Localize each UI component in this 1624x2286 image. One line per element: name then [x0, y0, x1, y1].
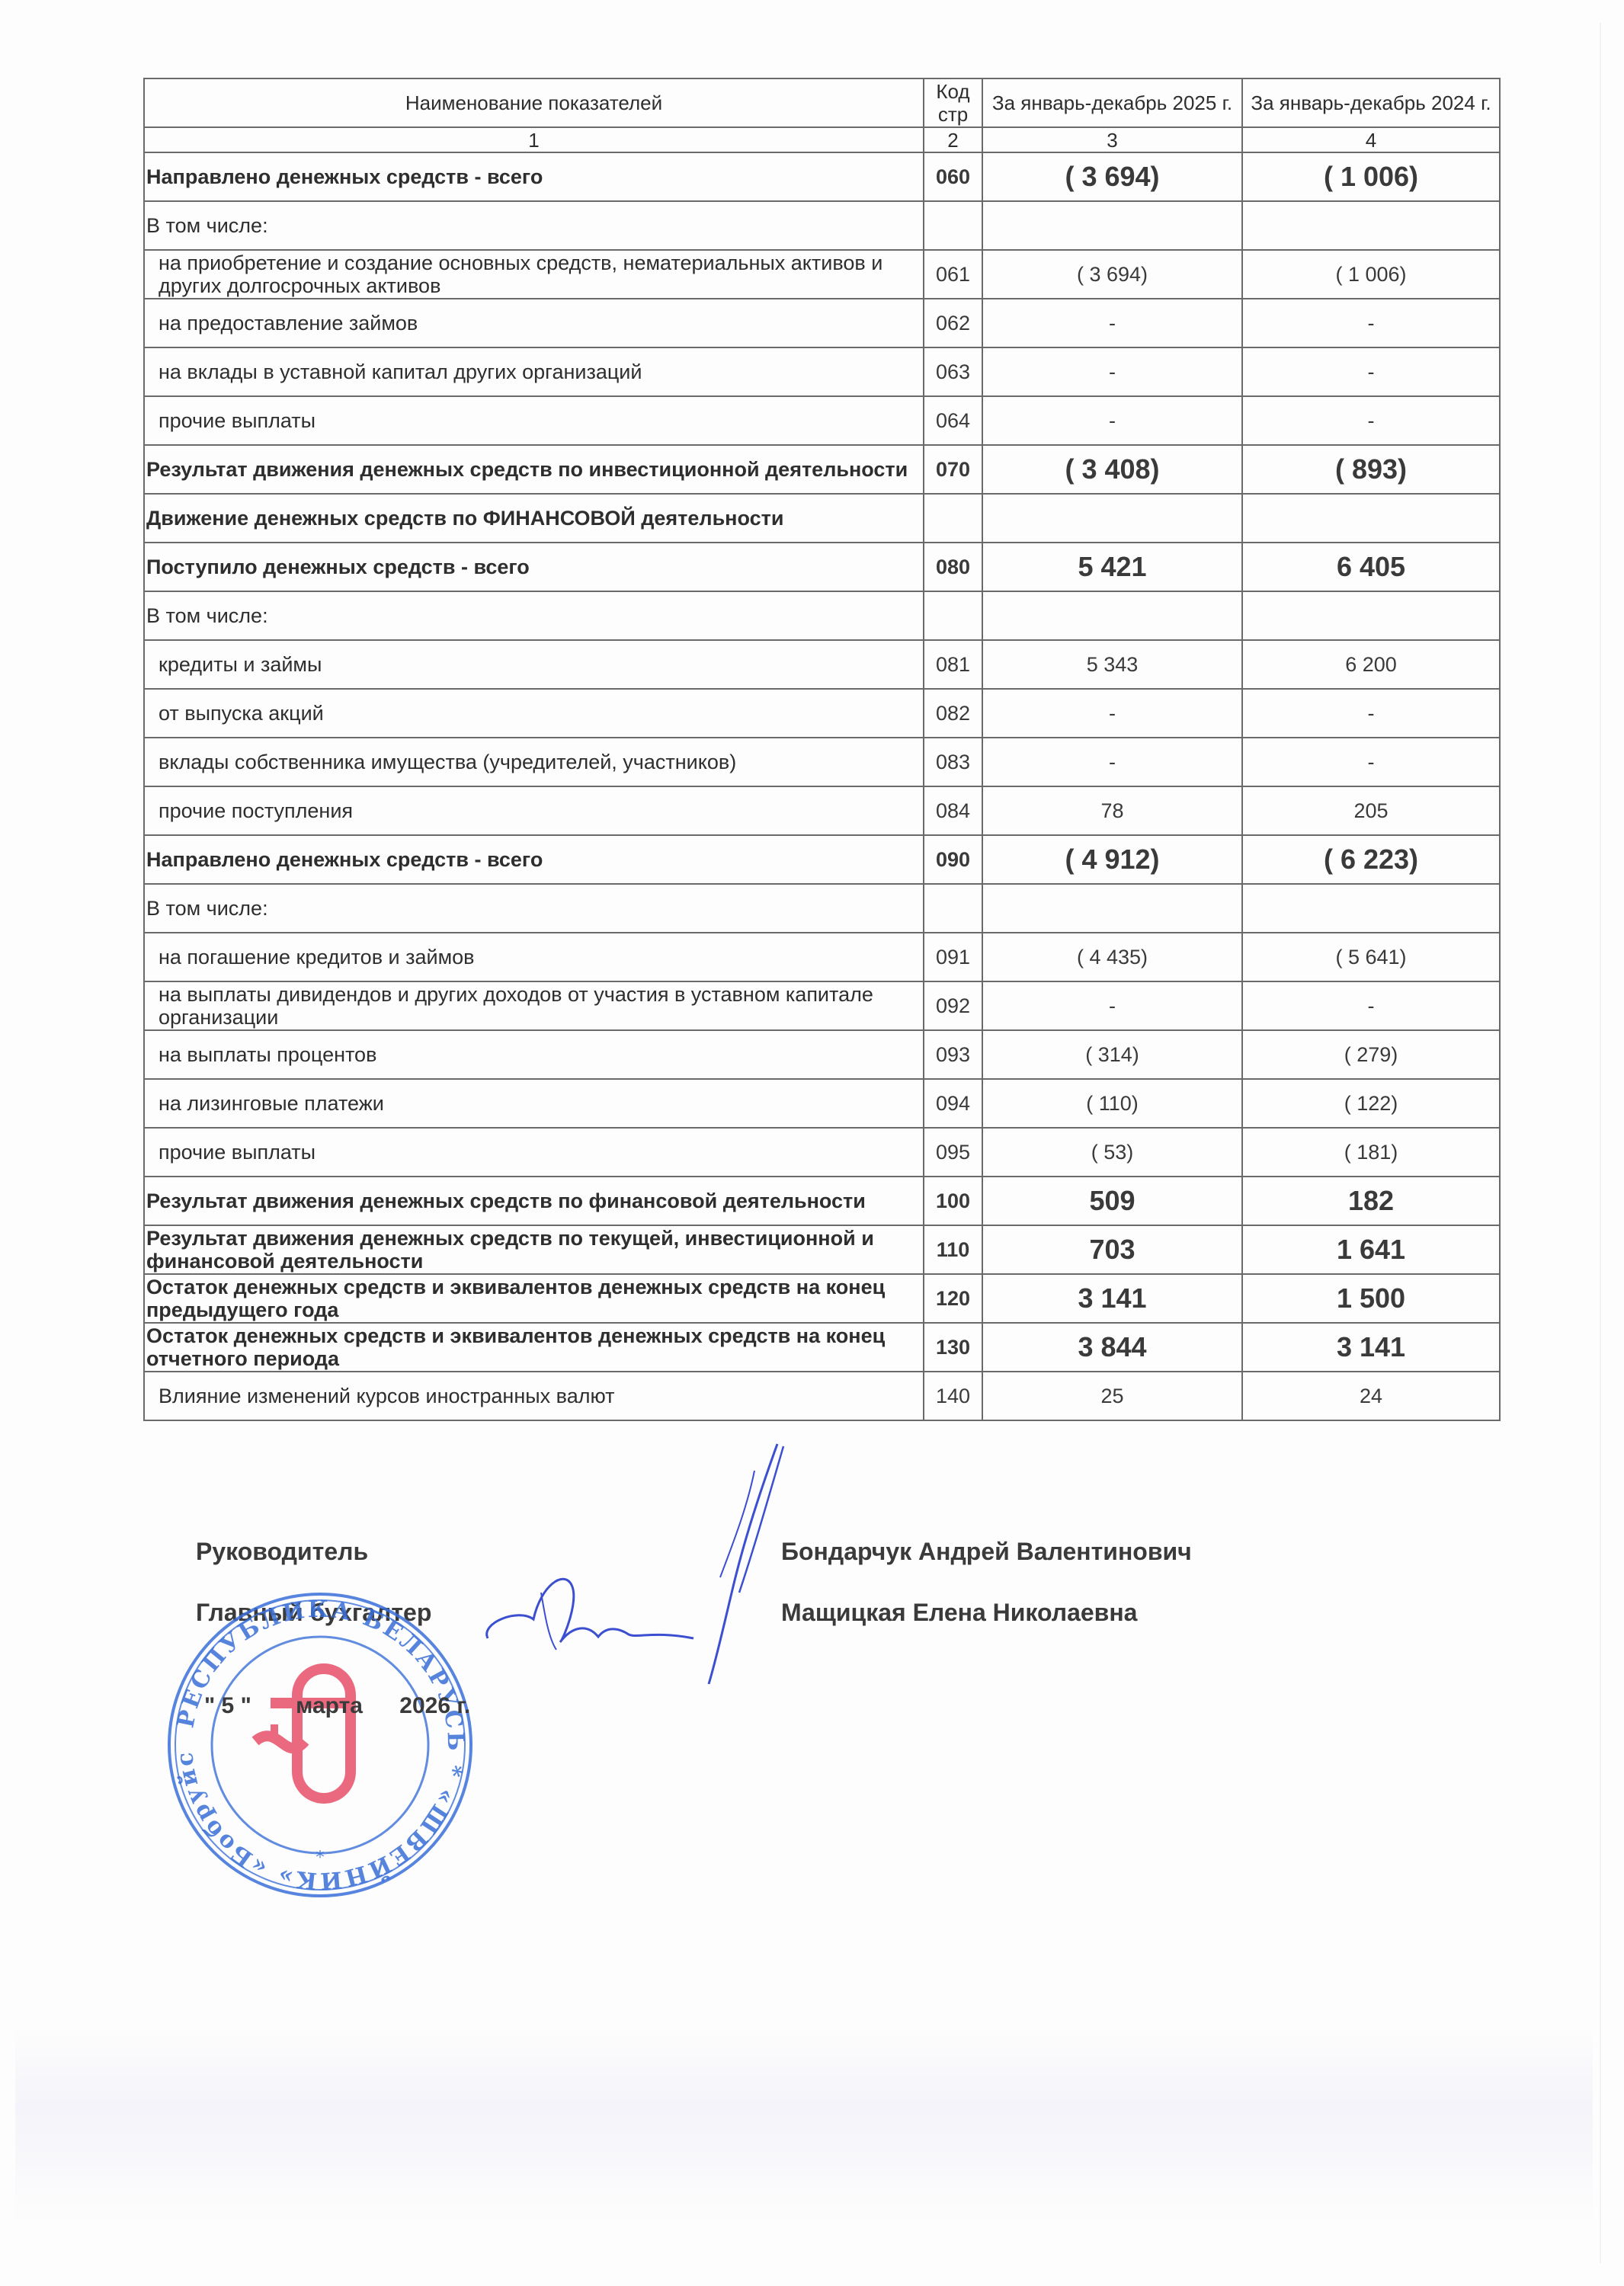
row-value-2025: 509	[982, 1177, 1242, 1225]
row-name: Поступило денежных средств - всего	[144, 543, 924, 591]
row-name: Остаток денежных средств и эквивалентов …	[144, 1323, 924, 1372]
row-value-2025: 3 844	[982, 1323, 1242, 1372]
row-value-2024: -	[1242, 347, 1500, 396]
row-value-2024: 205	[1242, 786, 1500, 835]
row-value-2025	[982, 591, 1242, 640]
row-code: 063	[924, 347, 982, 396]
row-code: 094	[924, 1079, 982, 1128]
row-value-2024	[1242, 494, 1500, 543]
row-code: 084	[924, 786, 982, 835]
table-row: Остаток денежных средств и эквивалентов …	[144, 1323, 1500, 1372]
row-name: прочие поступления	[144, 786, 924, 835]
row-name: на предоставление займов	[144, 299, 924, 347]
table-row: на предоставление займов062--	[144, 299, 1500, 347]
row-value-2025: 703	[982, 1225, 1242, 1274]
row-value-2024: -	[1242, 738, 1500, 786]
table-row: В том числе:	[144, 884, 1500, 933]
table-header-row: Наименование показателей Код стр За янва…	[144, 78, 1500, 127]
cash-flow-table: Наименование показателей Код стр За янва…	[143, 78, 1501, 1421]
row-value-2025: -	[982, 981, 1242, 1030]
table-row: В том числе:	[144, 591, 1500, 640]
row-name: на вклады в уставной капитал других орга…	[144, 347, 924, 396]
row-code: 062	[924, 299, 982, 347]
table-row: Результат движения денежных средств по т…	[144, 1225, 1500, 1274]
row-code: 095	[924, 1128, 982, 1177]
row-code: 093	[924, 1030, 982, 1079]
row-code: 070	[924, 445, 982, 494]
row-name: Результат движения денежных средств по ф…	[144, 1177, 924, 1225]
row-value-2025: ( 3 694)	[982, 250, 1242, 299]
row-code: 083	[924, 738, 982, 786]
row-name: Остаток денежных средств и эквивалентов …	[144, 1274, 924, 1323]
table-row: Поступило денежных средств - всего0805 4…	[144, 543, 1500, 591]
row-code: 130	[924, 1323, 982, 1372]
row-value-2024: -	[1242, 689, 1500, 738]
row-name: прочие выплаты	[144, 1128, 924, 1177]
row-code: 120	[924, 1274, 982, 1323]
row-code: 081	[924, 640, 982, 689]
row-value-2025: 78	[982, 786, 1242, 835]
row-value-2025: -	[982, 347, 1242, 396]
table-row: прочие поступления08478205	[144, 786, 1500, 835]
header-2024: За январь-декабрь 2024 г.	[1242, 78, 1500, 127]
row-value-2024: ( 6 223)	[1242, 835, 1500, 884]
row-value-2024: -	[1242, 981, 1500, 1030]
row-value-2024	[1242, 884, 1500, 933]
row-value-2024: 3 141	[1242, 1323, 1500, 1372]
table-row: на лизинговые платежи094( 110)( 122)	[144, 1079, 1500, 1128]
row-value-2025: -	[982, 299, 1242, 347]
row-value-2025: -	[982, 396, 1242, 445]
date-month: марта	[296, 1693, 363, 1719]
row-name: прочие выплаты	[144, 396, 924, 445]
row-value-2025	[982, 201, 1242, 250]
table-row: на приобретение и создание основных сред…	[144, 250, 1500, 299]
table-row: Результат движения денежных средств по и…	[144, 445, 1500, 494]
row-name: кредиты и займы	[144, 640, 924, 689]
row-value-2025: ( 314)	[982, 1030, 1242, 1079]
row-name: В том числе:	[144, 884, 924, 933]
row-value-2024: 182	[1242, 1177, 1500, 1225]
row-value-2024: 1 500	[1242, 1274, 1500, 1323]
row-name: Результат движения денежных средств по и…	[144, 445, 924, 494]
row-code: 064	[924, 396, 982, 445]
row-name: В том числе:	[144, 591, 924, 640]
column-number-3: 3	[982, 127, 1242, 152]
row-value-2025: ( 3 408)	[982, 445, 1242, 494]
row-value-2024: ( 122)	[1242, 1079, 1500, 1128]
row-code: 082	[924, 689, 982, 738]
row-value-2025	[982, 494, 1242, 543]
row-name: В том числе:	[144, 201, 924, 250]
row-code: 080	[924, 543, 982, 591]
table-row: кредиты и займы0815 3436 200	[144, 640, 1500, 689]
accountant-name: Мащицкая Елена Николаевна	[781, 1599, 1137, 1627]
company-logo-icon	[255, 1669, 354, 1798]
row-value-2024: ( 1 006)	[1242, 152, 1500, 201]
row-value-2025: ( 110)	[982, 1079, 1242, 1128]
scan-shading	[15, 2027, 1593, 2225]
row-code: 091	[924, 933, 982, 981]
head-name: Бондарчук Андрей Валентинович	[781, 1538, 1192, 1566]
row-value-2024: ( 5 641)	[1242, 933, 1500, 981]
head-title: Руководитель	[196, 1538, 368, 1566]
table-row: Результат движения денежных средств по ф…	[144, 1177, 1500, 1225]
row-value-2024: ( 279)	[1242, 1030, 1500, 1079]
row-value-2024: ( 181)	[1242, 1128, 1500, 1177]
row-value-2024: -	[1242, 396, 1500, 445]
row-value-2025: 25	[982, 1372, 1242, 1420]
row-code: 092	[924, 981, 982, 1030]
table-column-numbers-row: 1 2 3 4	[144, 127, 1500, 152]
row-value-2025: ( 3 694)	[982, 152, 1242, 201]
company-seal-stamp: РЕСПУБЛИКА БЕЛАРУСЬ * «ШВЕЙНИК» «Бобруйс…	[164, 1589, 476, 1901]
date-day: " 5 "	[204, 1693, 251, 1719]
row-value-2024: 6 405	[1242, 543, 1500, 591]
row-name: на приобретение и создание основных сред…	[144, 250, 924, 299]
row-code	[924, 591, 982, 640]
row-name: на выплаты процентов	[144, 1030, 924, 1079]
row-value-2024: -	[1242, 299, 1500, 347]
table-row: прочие выплаты064--	[144, 396, 1500, 445]
row-value-2024: 24	[1242, 1372, 1500, 1420]
column-number-1: 1	[144, 127, 924, 152]
row-name: на погашение кредитов и займов	[144, 933, 924, 981]
table-row: Остаток денежных средств и эквивалентов …	[144, 1274, 1500, 1323]
row-value-2024: ( 1 006)	[1242, 250, 1500, 299]
row-value-2025	[982, 884, 1242, 933]
row-code: 061	[924, 250, 982, 299]
column-number-4: 4	[1242, 127, 1500, 152]
table-row: В том числе:	[144, 201, 1500, 250]
row-code	[924, 494, 982, 543]
row-code: 100	[924, 1177, 982, 1225]
table-row: Влияние изменений курсов иностранных вал…	[144, 1372, 1500, 1420]
table-row: на вклады в уставной капитал других орга…	[144, 347, 1500, 396]
row-value-2025: 5 421	[982, 543, 1242, 591]
row-code	[924, 884, 982, 933]
row-value-2025: -	[982, 738, 1242, 786]
signing-date: " 5 " марта 2026 г.	[204, 1693, 470, 1719]
accountant-signature	[472, 1554, 701, 1669]
row-code: 110	[924, 1225, 982, 1274]
row-value-2024	[1242, 201, 1500, 250]
row-value-2025: -	[982, 689, 1242, 738]
row-value-2025: ( 4 435)	[982, 933, 1242, 981]
row-value-2025: ( 53)	[982, 1128, 1242, 1177]
table-row: вклады собственника имущества (учредител…	[144, 738, 1500, 786]
row-code	[924, 201, 982, 250]
row-name: на выплаты дивидендов и других доходов о…	[144, 981, 924, 1030]
row-value-2024	[1242, 591, 1500, 640]
row-value-2024: ( 893)	[1242, 445, 1500, 494]
header-name: Наименование показателей	[144, 78, 924, 127]
row-code: 090	[924, 835, 982, 884]
row-code: 060	[924, 152, 982, 201]
date-year: 2026 г.	[399, 1693, 470, 1719]
table-row: прочие выплаты095( 53)( 181)	[144, 1128, 1500, 1177]
table-row: на выплаты процентов093( 314)( 279)	[144, 1030, 1500, 1079]
row-name: от выпуска акций	[144, 689, 924, 738]
table-row: Направлено денежных средств - всего090( …	[144, 835, 1500, 884]
row-value-2025: 5 343	[982, 640, 1242, 689]
row-code: 140	[924, 1372, 982, 1420]
svg-text:*: *	[316, 1849, 325, 1868]
table-row: на погашение кредитов и займов091( 4 435…	[144, 933, 1500, 981]
row-value-2025: ( 4 912)	[982, 835, 1242, 884]
row-name: Результат движения денежных средств по т…	[144, 1225, 924, 1274]
table-row: Направлено денежных средств - всего060( …	[144, 152, 1500, 201]
row-name: Влияние изменений курсов иностранных вал…	[144, 1372, 924, 1420]
row-name: на лизинговые платежи	[144, 1079, 924, 1128]
table-row: Движение денежных средств по ФИНАНСОВОЙ …	[144, 494, 1500, 543]
table-row: на выплаты дивидендов и других доходов о…	[144, 981, 1500, 1030]
header-2025: За январь-декабрь 2025 г.	[982, 78, 1242, 127]
row-name: Направлено денежных средств - всего	[144, 835, 924, 884]
row-value-2024: 1 641	[1242, 1225, 1500, 1274]
row-value-2024: 6 200	[1242, 640, 1500, 689]
header-code: Код стр	[924, 78, 982, 127]
row-name: Направлено денежных средств - всего	[144, 152, 924, 201]
column-number-2: 2	[924, 127, 982, 152]
row-value-2025: 3 141	[982, 1274, 1242, 1323]
row-name: вклады собственника имущества (учредител…	[144, 738, 924, 786]
row-name: Движение денежных средств по ФИНАНСОВОЙ …	[144, 494, 924, 543]
table-row: от выпуска акций082--	[144, 689, 1500, 738]
page-edge	[1600, 23, 1601, 2263]
